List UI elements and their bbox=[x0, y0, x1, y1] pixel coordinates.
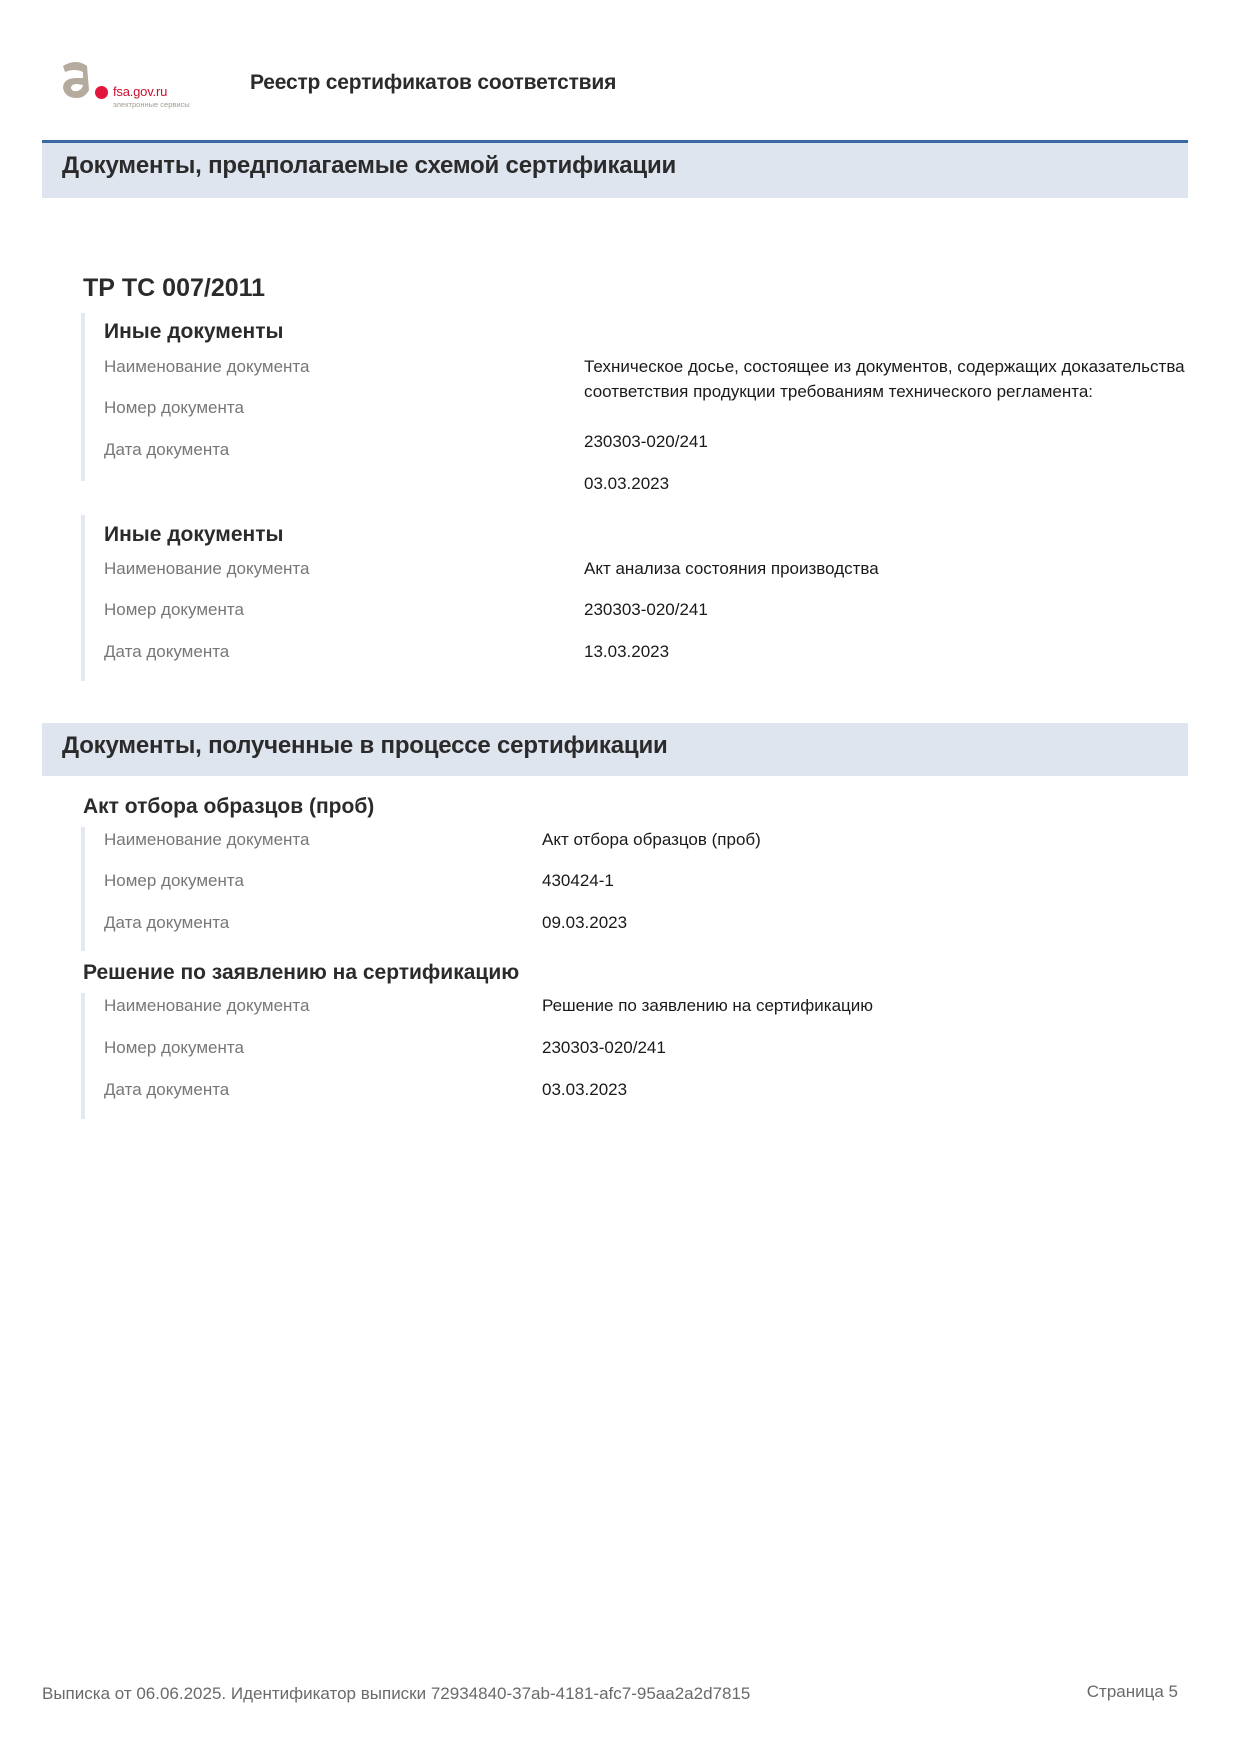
label-document-number: Номер документа bbox=[104, 1038, 244, 1058]
page-number: Страница 5 bbox=[1087, 1682, 1178, 1702]
regulation-title: ТР ТС 007/2011 bbox=[83, 274, 265, 303]
value-document-date: 09.03.2023 bbox=[542, 910, 627, 935]
value-document-number: 230303-020/241 bbox=[584, 597, 708, 622]
extract-info: Выписка от 06.06.2025. Идентификатор вып… bbox=[42, 1684, 750, 1704]
label-document-date: Дата документа bbox=[104, 642, 229, 662]
label-document-date: Дата документа bbox=[104, 913, 229, 933]
value-document-name: Решение по заявлению на сертификацию bbox=[542, 993, 873, 1018]
section-title: Документы, предполагаемые схемой сертифи… bbox=[62, 152, 676, 180]
logo-site-name: fsa.gov.ru bbox=[113, 84, 167, 99]
section-title: Документы, полученные в процессе сертифи… bbox=[62, 732, 668, 760]
group-heading: Иные документы bbox=[104, 320, 283, 344]
label-document-number: Номер документа bbox=[104, 398, 244, 418]
value-document-date: 03.03.2023 bbox=[584, 471, 669, 496]
label-document-number: Номер документа bbox=[104, 871, 244, 891]
value-document-number: 430424-1 bbox=[542, 868, 614, 893]
group-heading: Иные документы bbox=[104, 523, 283, 547]
label-document-name: Наименование документа bbox=[104, 559, 309, 579]
value-document-date: 03.03.2023 bbox=[542, 1077, 627, 1102]
registry-title: Реестр сертификатов соответствия bbox=[250, 71, 616, 95]
label-document-date: Дата документа bbox=[104, 440, 229, 460]
label-document-date: Дата документа bbox=[104, 1080, 229, 1100]
section-header-obtained-documents: Документы, полученные в процессе сертифи… bbox=[42, 723, 1188, 776]
label-document-name: Наименование документа bbox=[104, 830, 309, 850]
group-left-bar bbox=[81, 993, 85, 1119]
group-left-bar bbox=[81, 515, 85, 681]
label-document-number: Номер документа bbox=[104, 600, 244, 620]
document-type-title: Решение по заявлению на сертификацию bbox=[83, 961, 519, 985]
label-document-name: Наименование документа bbox=[104, 357, 309, 377]
value-document-date: 13.03.2023 bbox=[584, 639, 669, 664]
section-header-scheme-documents: Документы, предполагаемые схемой сертифи… bbox=[42, 140, 1188, 198]
value-document-number: 230303-020/241 bbox=[584, 429, 708, 454]
document-type-title: Акт отбора образцов (проб) bbox=[83, 795, 374, 819]
fsa-a-logo-icon bbox=[59, 60, 93, 100]
fsa-logo: fsa.gov.ru электронные сервисы bbox=[55, 56, 215, 112]
group-left-bar bbox=[81, 827, 85, 951]
logo-red-dot bbox=[95, 86, 108, 99]
logo-subtitle: электронные сервисы bbox=[113, 100, 190, 109]
value-document-name: Акт отбора образцов (проб) bbox=[542, 827, 761, 852]
value-document-number: 230303-020/241 bbox=[542, 1035, 666, 1060]
group-left-bar bbox=[81, 313, 85, 481]
label-document-name: Наименование документа bbox=[104, 996, 309, 1016]
value-document-name: Техническое досье, состоящее из документ… bbox=[584, 354, 1194, 404]
value-document-name: Акт анализа состояния производства bbox=[584, 556, 879, 581]
